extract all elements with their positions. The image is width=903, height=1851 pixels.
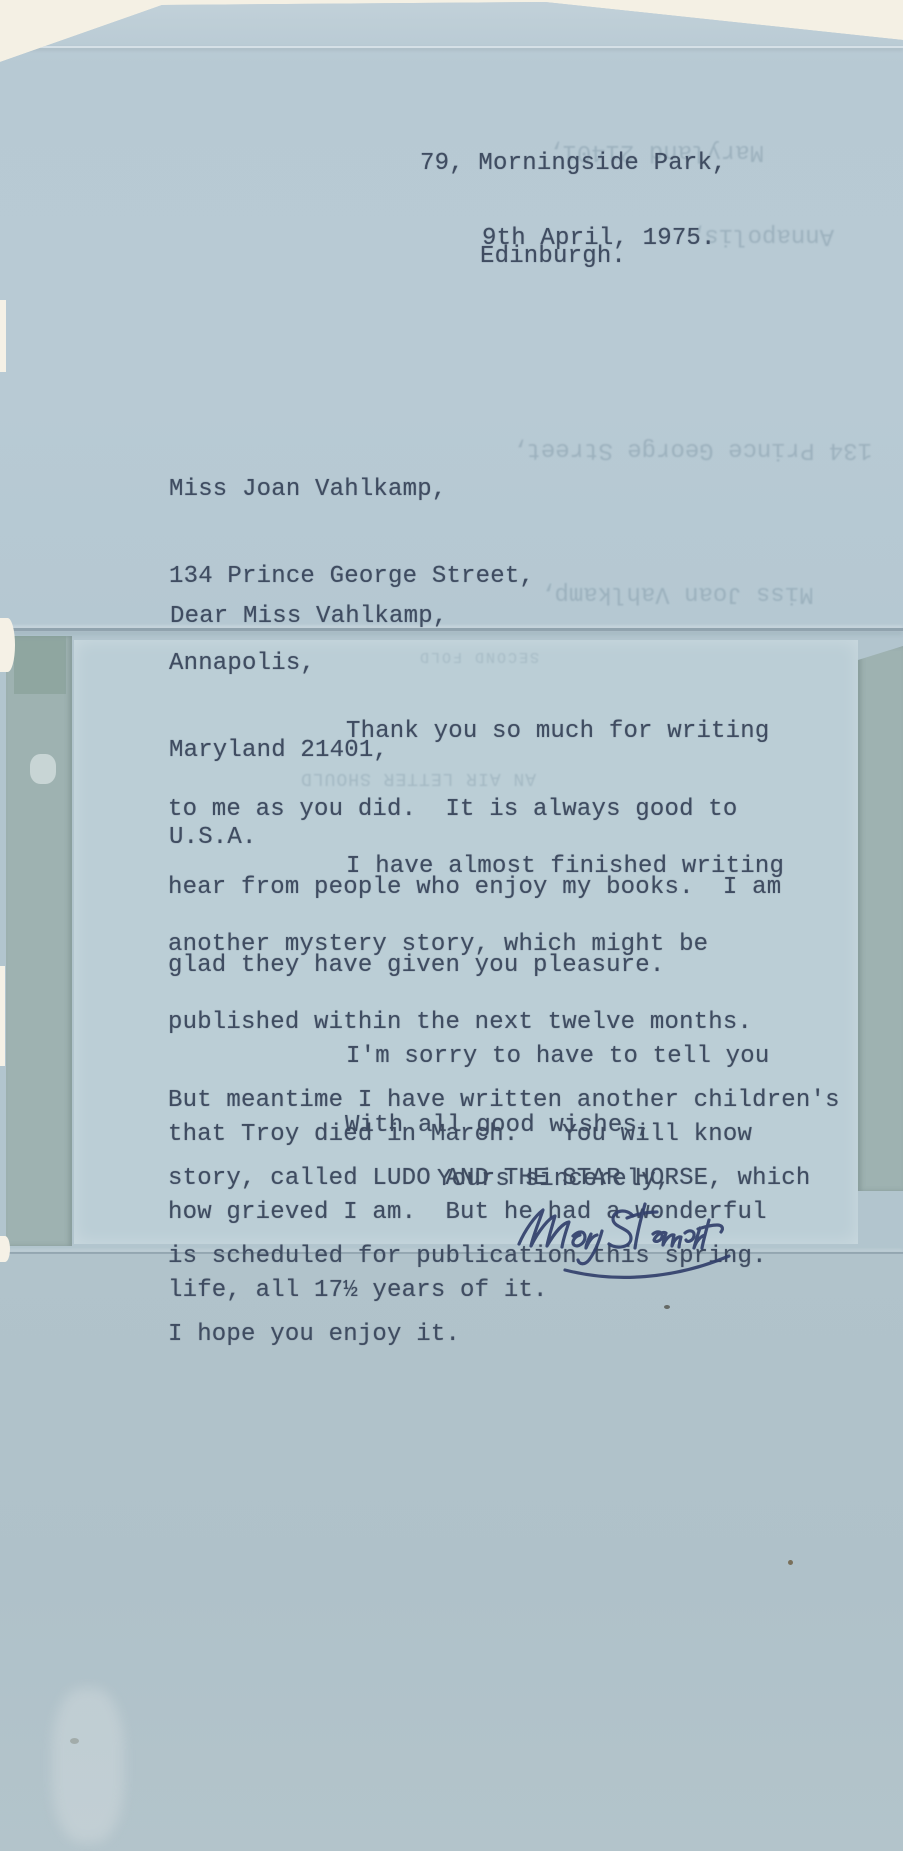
paper-edge-tear: [0, 1236, 10, 1262]
paper-speck: [70, 1738, 79, 1744]
body-line: another mystery story, which might be: [168, 932, 840, 958]
ink-speck: [664, 1305, 670, 1309]
paper-speck: [788, 1560, 793, 1565]
recipient-line: 134 Prince George Street,: [169, 562, 534, 591]
tape-strip-right: [858, 646, 903, 1191]
ghost-showthrough-text: Miss Joan Vahlkamp,: [540, 580, 814, 607]
paper-smudge: [52, 1688, 124, 1843]
ghost-showthrough-text: 134 Prince George Street,: [512, 436, 872, 463]
body-line: I have almost finished writing: [168, 854, 840, 880]
letter-paper: Maryland 21401, Annapolis, 134 Prince Ge…: [0, 0, 903, 1851]
paper-edge-tear: [0, 618, 15, 672]
body-line: Thank you so much for writing: [168, 719, 781, 745]
salutation: Dear Miss Vahlkamp,: [170, 604, 447, 630]
body-line: I'm sorry to have to tell you: [168, 1044, 769, 1070]
paper-edge-tear: [0, 966, 5, 1066]
closing-line: With all good wishes,: [345, 1113, 652, 1139]
signature-stroke: [519, 1210, 569, 1247]
recipient-line: Miss Joan Vahlkamp,: [169, 475, 534, 504]
sender-address-line: 79, Morningside Park,: [420, 148, 727, 179]
sender-address: 79, Morningside Park, Edinburgh.: [420, 86, 727, 334]
signature-mary-stewart: [505, 1190, 745, 1295]
top-crease: [0, 46, 903, 48]
signature-stroke: [653, 1220, 722, 1248]
letter-date: 9th April, 1975.: [482, 226, 716, 252]
signature-stroke: [573, 1231, 602, 1264]
paper-edge-tear: [0, 300, 6, 372]
tape-strip-left: [6, 636, 72, 1246]
